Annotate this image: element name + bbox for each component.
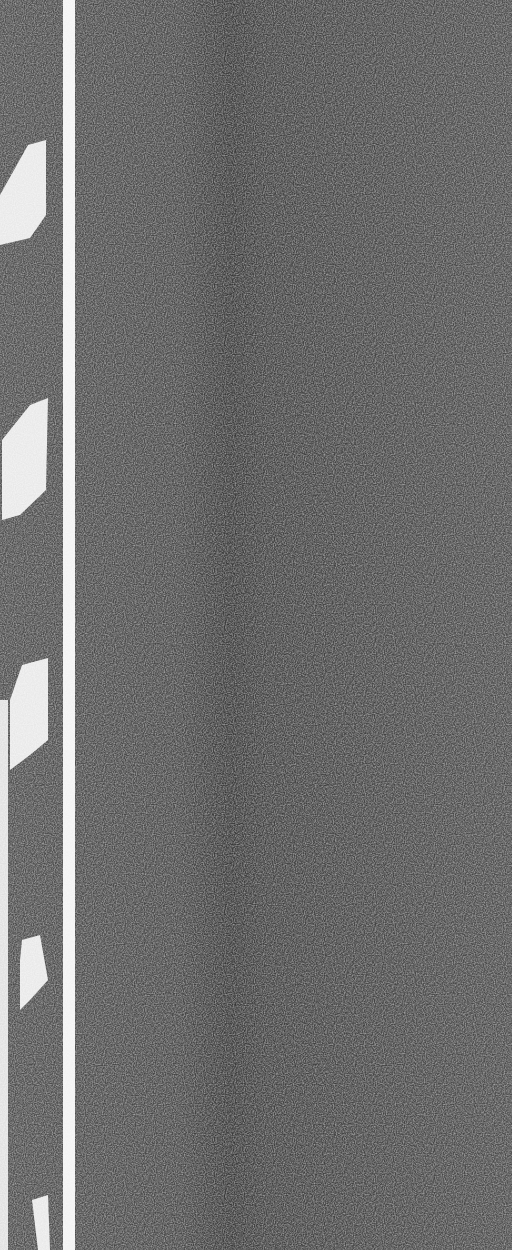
speckle-texture — [0, 0, 512, 1250]
road-surface — [0, 0, 512, 1250]
road-aerial-image — [0, 0, 512, 1250]
